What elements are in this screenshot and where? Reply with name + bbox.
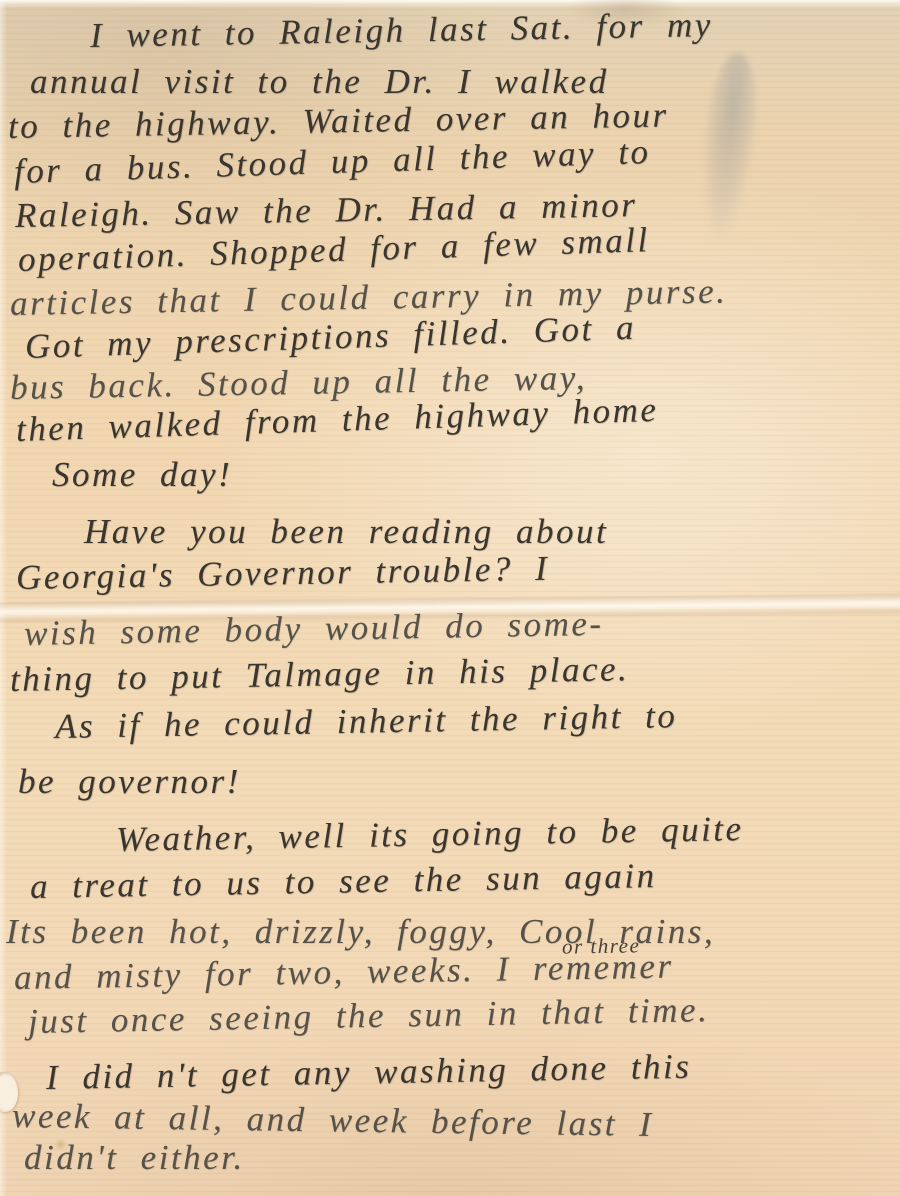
letter-line: thing to put Talmage in his place.: [10, 649, 630, 700]
letter-line: annual visit to the Dr. I walked: [30, 62, 609, 102]
letter-line: be governor!: [18, 762, 241, 802]
letter-line: I went to Raleigh last Sat. for my: [90, 5, 713, 56]
letter-line: a treat to us to see the sun again: [30, 856, 657, 907]
inserted-words-above-line: or three: [562, 933, 641, 959]
letter-line: Weather, well its going to be quite: [116, 809, 744, 860]
letter-line: As if he could inherit the right to: [55, 696, 678, 747]
ink-smudge: [693, 50, 764, 239]
paper-top-edge: [0, 0, 900, 8]
letter-line: just once seeing the sun in that time.: [28, 990, 710, 1042]
letter-line: didn't either.: [24, 1138, 245, 1178]
letter-line: Some day!: [52, 455, 232, 495]
paper-left-edge: [0, 0, 7, 1196]
letter-line: I did n't get any washing done this: [46, 1047, 692, 1098]
letter-page: I went to Raleigh last Sat. for my annua…: [0, 0, 900, 1196]
letter-line: Georgia's Governor trouble? I: [16, 549, 550, 598]
letter-line: Have you been reading about: [84, 512, 608, 552]
